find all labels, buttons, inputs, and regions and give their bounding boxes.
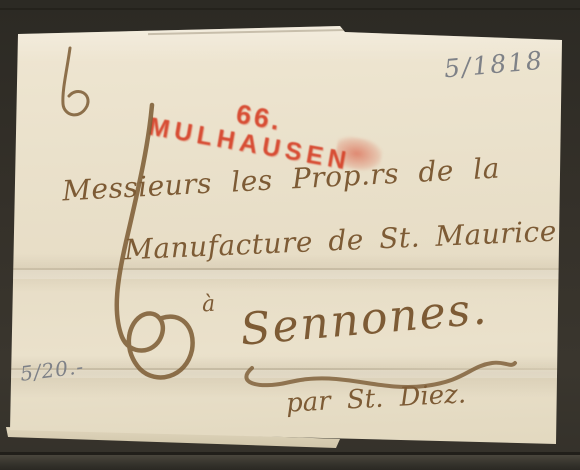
paper-top-fold-line	[148, 29, 350, 35]
paper-fold-crease-highlight	[8, 270, 562, 279]
address-prefix: à	[201, 292, 215, 318]
table-edge-band	[0, 455, 580, 470]
background-plank-line	[0, 8, 580, 10]
photo-scene: 66. MULHAUSEN Messieurs les Prop.rs de l…	[0, 0, 580, 470]
